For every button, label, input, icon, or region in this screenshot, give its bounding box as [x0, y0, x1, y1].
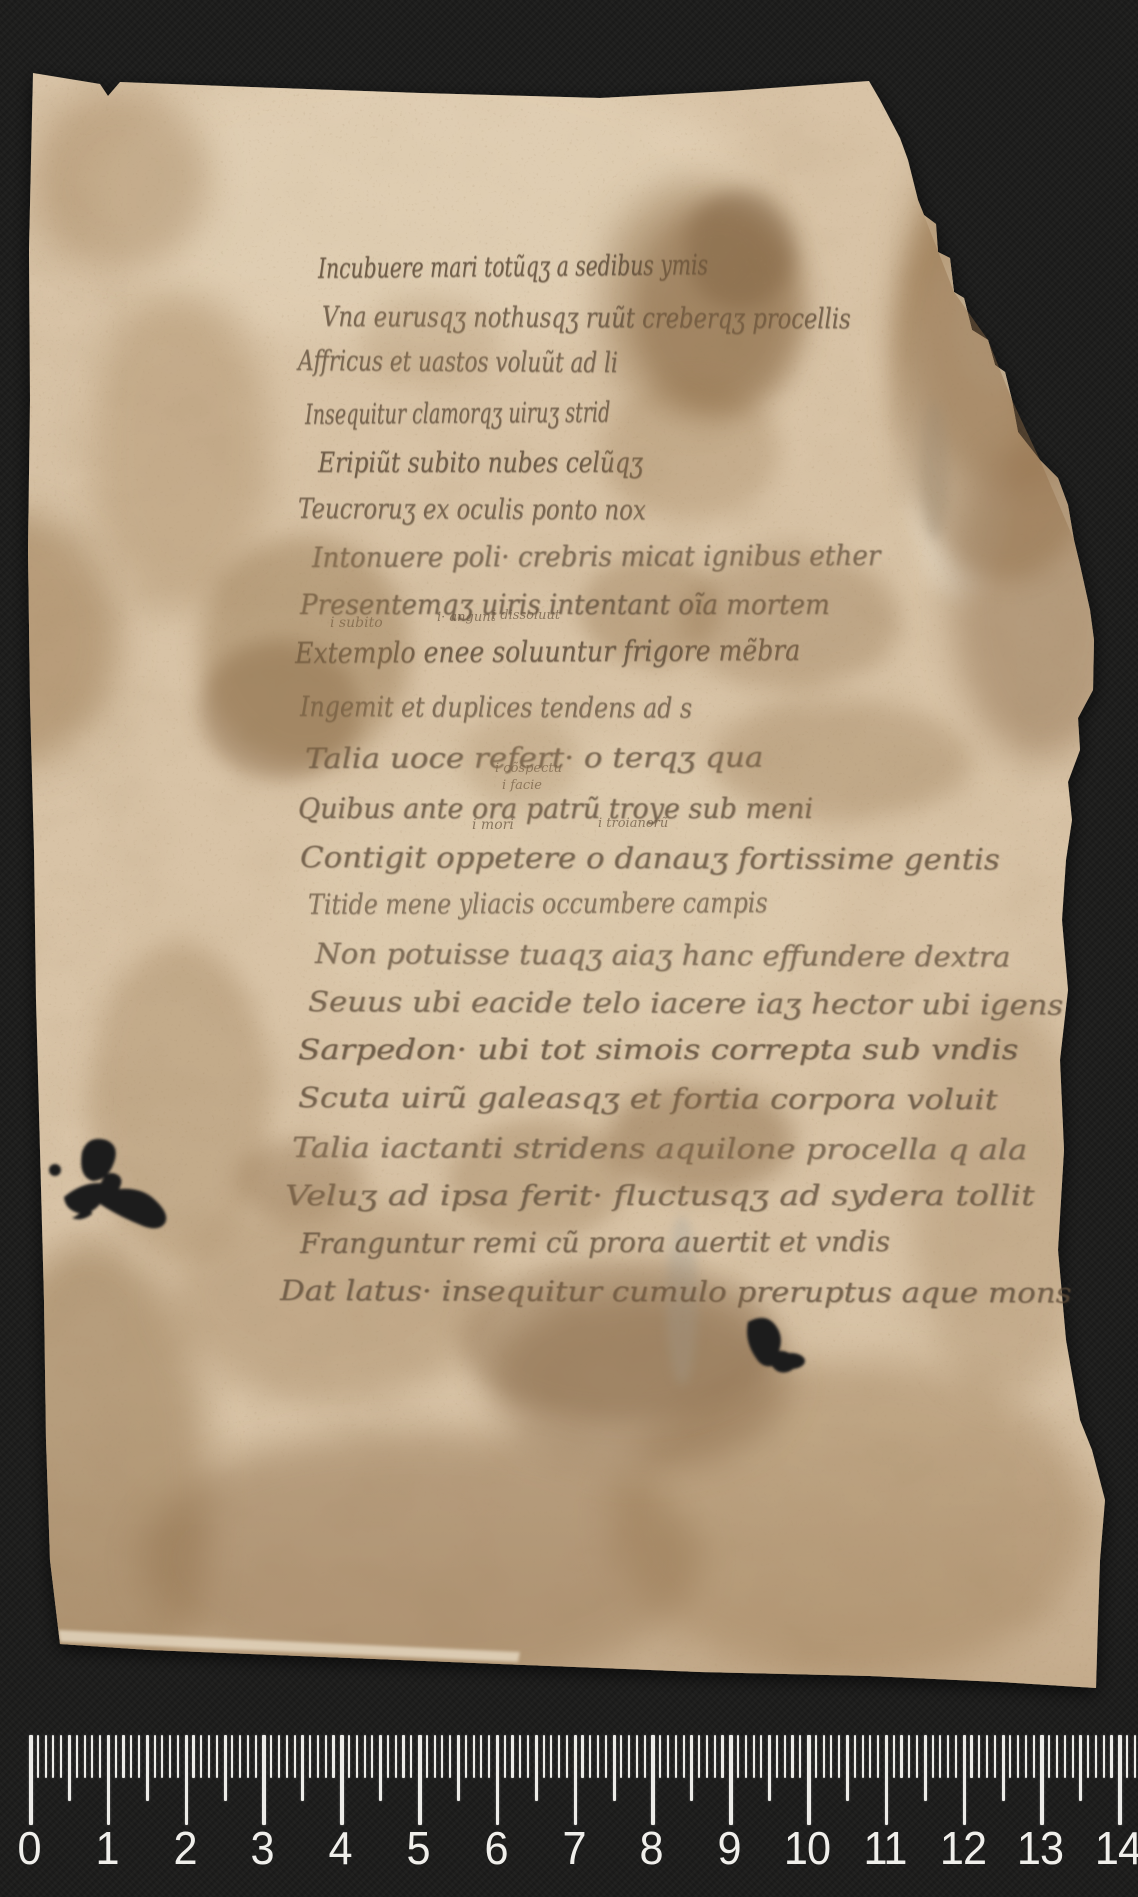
- mm-tick: [815, 1735, 817, 1778]
- mm-tick: [161, 1735, 163, 1778]
- half-cm-tick: [1002, 1735, 1005, 1801]
- mm-tick: [830, 1735, 832, 1778]
- mm-tick: [122, 1735, 124, 1778]
- mm-tick: [154, 1735, 156, 1778]
- mm-tick: [566, 1735, 568, 1778]
- mm-tick: [659, 1735, 661, 1778]
- mm-tick: [527, 1735, 529, 1778]
- mm-tick: [239, 1735, 241, 1778]
- mm-tick: [628, 1735, 630, 1778]
- mm-tick: [698, 1735, 700, 1778]
- half-cm-tick: [68, 1735, 71, 1801]
- mm-tick: [776, 1735, 778, 1778]
- ruler-number: 11: [863, 1821, 906, 1875]
- cm-tick: [729, 1735, 733, 1825]
- mm-tick: [1087, 1735, 1089, 1778]
- mm-tick: [480, 1735, 482, 1778]
- mm-tick: [371, 1735, 373, 1778]
- mm-tick: [644, 1735, 646, 1778]
- ruler-number: 1: [95, 1821, 118, 1875]
- mm-tick: [823, 1735, 825, 1778]
- mm-tick: [294, 1735, 296, 1778]
- mm-tick: [791, 1735, 793, 1778]
- mm-tick: [1126, 1735, 1128, 1778]
- mm-tick: [325, 1735, 327, 1778]
- half-cm-tick: [846, 1735, 849, 1801]
- mm-tick: [278, 1735, 280, 1778]
- mm-tick: [84, 1735, 86, 1778]
- mm-tick: [387, 1735, 389, 1778]
- mm-tick: [91, 1735, 93, 1778]
- mm-tick: [434, 1735, 436, 1778]
- ruler-number: 12: [939, 1821, 985, 1875]
- mm-tick: [706, 1735, 708, 1778]
- mm-tick: [332, 1735, 334, 1778]
- mm-tick: [737, 1735, 739, 1778]
- mm-tick: [1056, 1735, 1058, 1778]
- half-cm-tick: [457, 1735, 460, 1801]
- cm-tick: [807, 1735, 811, 1825]
- mm-tick: [1048, 1735, 1050, 1778]
- mm-tick: [1064, 1735, 1066, 1778]
- mm-tick: [402, 1735, 404, 1778]
- mm-tick: [916, 1735, 918, 1778]
- mm-tick: [395, 1735, 397, 1778]
- mm-tick: [200, 1735, 202, 1778]
- mm-tick: [589, 1735, 591, 1778]
- half-cm-tick: [1079, 1735, 1082, 1801]
- ruler-number: 14: [1095, 1821, 1138, 1875]
- cm-tick: [29, 1735, 33, 1825]
- mm-tick: [1095, 1735, 1097, 1778]
- mm-tick: [426, 1735, 428, 1778]
- half-cm-tick: [301, 1735, 304, 1801]
- mm-tick: [893, 1735, 895, 1778]
- mm-tick: [862, 1735, 864, 1778]
- mm-tick: [286, 1735, 288, 1778]
- cm-tick: [262, 1735, 266, 1825]
- mm-tick: [1033, 1735, 1035, 1778]
- mm-tick: [169, 1735, 171, 1778]
- mm-tick: [255, 1735, 257, 1778]
- mm-tick: [270, 1735, 272, 1778]
- mm-tick: [52, 1735, 54, 1778]
- ruler-number: 7: [562, 1821, 585, 1875]
- mm-tick: [1110, 1735, 1112, 1778]
- mm-tick: [714, 1735, 716, 1778]
- mm-tick: [1017, 1735, 1019, 1778]
- mm-tick: [550, 1735, 552, 1778]
- mm-tick: [37, 1735, 39, 1778]
- mm-tick: [955, 1735, 957, 1778]
- mm-tick: [683, 1735, 685, 1778]
- mm-tick: [854, 1735, 856, 1778]
- mm-tick: [947, 1735, 949, 1778]
- mm-tick: [636, 1735, 638, 1778]
- ruler-number: 3: [251, 1821, 274, 1875]
- mm-tick: [1134, 1735, 1136, 1778]
- photo-stage: Incubuere mari totũqʒ a sedibus ymisVna …: [0, 0, 1138, 1897]
- mm-tick: [994, 1735, 996, 1778]
- mm-tick: [504, 1735, 506, 1778]
- mm-tick: [130, 1735, 132, 1778]
- cm-tick: [1040, 1735, 1044, 1825]
- mm-tick: [753, 1735, 755, 1778]
- ruler-number: 4: [329, 1821, 352, 1875]
- mm-tick: [838, 1735, 840, 1778]
- mm-tick: [1009, 1735, 1011, 1778]
- mm-tick: [1072, 1735, 1074, 1778]
- mm-tick: [675, 1735, 677, 1778]
- mm-tick: [939, 1735, 941, 1778]
- mm-tick: [473, 1735, 475, 1778]
- mm-tick: [60, 1735, 62, 1778]
- ruler-number: 9: [718, 1821, 741, 1875]
- cm-tick: [1118, 1735, 1122, 1825]
- mm-tick: [1025, 1735, 1027, 1778]
- half-cm-tick: [768, 1735, 771, 1801]
- cm-tick: [107, 1735, 111, 1825]
- mm-tick: [45, 1735, 47, 1778]
- mm-tick: [511, 1735, 513, 1778]
- mm-tick: [605, 1735, 607, 1778]
- mm-tick: [356, 1735, 358, 1778]
- mm-tick: [667, 1735, 669, 1778]
- mm-tick: [216, 1735, 218, 1778]
- paper-speckle: [0, 0, 1138, 1897]
- mm-tick: [908, 1735, 910, 1778]
- mm-tick: [208, 1735, 210, 1778]
- mm-tick: [877, 1735, 879, 1778]
- cm-tick: [418, 1735, 422, 1825]
- half-cm-tick: [924, 1735, 927, 1801]
- ruler-number: 2: [173, 1821, 196, 1875]
- mm-tick: [900, 1735, 902, 1778]
- mm-tick: [465, 1735, 467, 1778]
- cm-tick: [574, 1735, 578, 1825]
- scale-bar: 01234567891011121314: [0, 1735, 1138, 1897]
- mm-tick: [799, 1735, 801, 1778]
- mm-tick: [745, 1735, 747, 1778]
- half-cm-tick: [535, 1735, 538, 1801]
- mm-tick: [760, 1735, 762, 1778]
- mm-tick: [449, 1735, 451, 1778]
- cm-tick: [496, 1735, 500, 1825]
- mm-tick: [784, 1735, 786, 1778]
- mm-tick: [558, 1735, 560, 1778]
- mm-tick: [721, 1735, 723, 1778]
- mm-tick: [247, 1735, 249, 1778]
- mm-tick: [970, 1735, 972, 1778]
- ruler-number: 13: [1017, 1821, 1063, 1875]
- mm-tick: [978, 1735, 980, 1778]
- mm-tick: [99, 1735, 101, 1778]
- ruler-number: 10: [784, 1821, 830, 1875]
- mm-tick: [519, 1735, 521, 1778]
- mm-tick: [76, 1735, 78, 1778]
- mm-tick: [543, 1735, 545, 1778]
- mm-tick: [348, 1735, 350, 1778]
- mm-tick: [441, 1735, 443, 1778]
- mm-tick: [1103, 1735, 1105, 1778]
- mm-tick: [317, 1735, 319, 1778]
- mm-tick: [620, 1735, 622, 1778]
- mm-tick: [138, 1735, 140, 1778]
- manuscript-fragment: [0, 0, 1138, 1897]
- mm-tick: [488, 1735, 490, 1778]
- mm-tick: [192, 1735, 194, 1778]
- cm-tick: [885, 1735, 889, 1825]
- half-cm-tick: [146, 1735, 149, 1801]
- cm-tick: [185, 1735, 189, 1825]
- ruler-number: 5: [406, 1821, 429, 1875]
- cm-tick: [963, 1735, 967, 1825]
- half-cm-tick: [690, 1735, 693, 1801]
- mm-tick: [364, 1735, 366, 1778]
- ruler-number: 0: [17, 1821, 40, 1875]
- mm-tick: [581, 1735, 583, 1778]
- mm-tick: [177, 1735, 179, 1778]
- mm-tick: [309, 1735, 311, 1778]
- ruler-number: 8: [640, 1821, 663, 1875]
- mm-tick: [115, 1735, 117, 1778]
- half-cm-tick: [379, 1735, 382, 1801]
- mm-tick: [597, 1735, 599, 1778]
- mm-tick: [932, 1735, 934, 1778]
- mm-tick: [410, 1735, 412, 1778]
- mm-tick: [869, 1735, 871, 1778]
- mm-tick: [231, 1735, 233, 1778]
- half-cm-tick: [224, 1735, 227, 1801]
- ruler-number: 6: [484, 1821, 507, 1875]
- half-cm-tick: [613, 1735, 616, 1801]
- cm-tick: [651, 1735, 655, 1825]
- mm-tick: [986, 1735, 988, 1778]
- cm-tick: [340, 1735, 344, 1825]
